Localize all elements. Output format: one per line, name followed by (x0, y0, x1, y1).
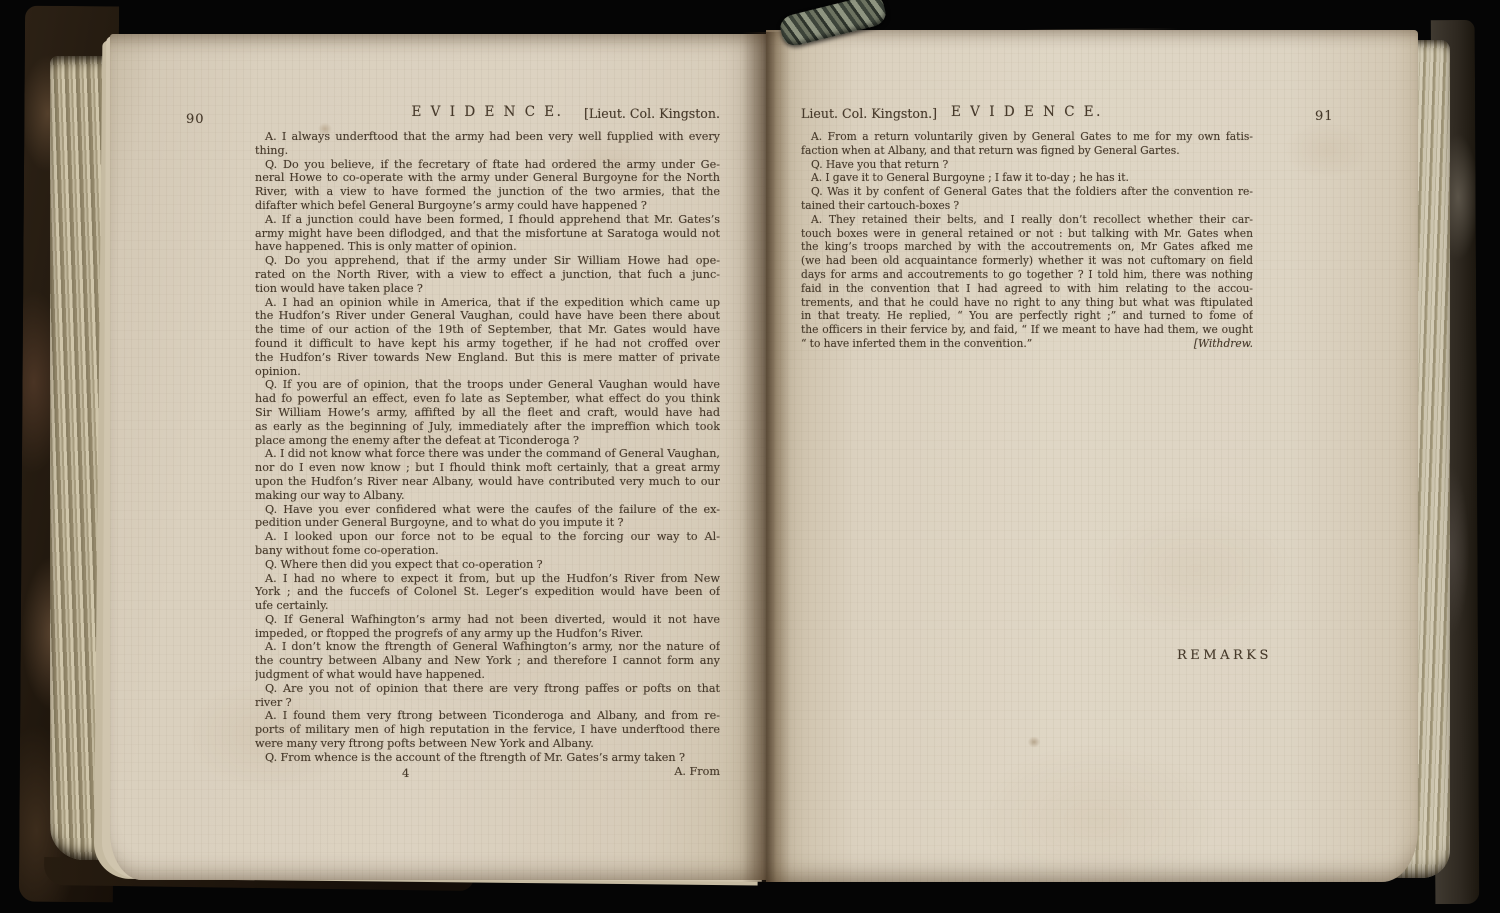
text-line: have happened. This is only matter of op… (255, 240, 720, 254)
header-sidenote-left: [Lieut. Col. Kingston. (255, 106, 720, 121)
text-line: Sir William Howe’s army, affifted by all… (255, 406, 720, 420)
text-line: days for arms and accoutrements to go to… (801, 268, 1253, 282)
remarks-heading: REMARKS (1177, 648, 1272, 663)
text-line: judgment of what would have happened. (255, 668, 720, 682)
text-line: difafter which befel General Burgoyne’s … (255, 199, 720, 213)
text-line: A. I gave it to General Burgoyne ; I faw… (801, 171, 1253, 185)
text-line: the officers in their fervice by, and fa… (801, 323, 1253, 337)
text-line: (we had been old acquaintance formerly) … (801, 254, 1253, 268)
text-line: Q. Was it by confent of General Gates th… (801, 185, 1253, 199)
text-line: Q. From whence is the account of the ftr… (255, 751, 720, 765)
text-line: Q. Are you not of opinion that there are… (255, 682, 720, 696)
running-title-right: E V I D E N C E. (801, 104, 1253, 120)
text-line: impeded, or ftopped the progrefs of any … (255, 627, 720, 641)
text-line: rated on the North River, with a view to… (255, 268, 720, 282)
text-line: A. I found them very ftrong between Tico… (255, 709, 720, 723)
text-line: had fo powerful an effect, even fo late … (255, 392, 720, 406)
text-line: faid in the convention that I had agreed… (801, 282, 1253, 296)
text-line: Q. Have you ever confidered what were th… (255, 503, 720, 517)
text-line: Q. Do you believe, if the fecretary of f… (255, 158, 720, 172)
text-line: touch boxes were in general retained or … (801, 227, 1253, 241)
text-line: A. I had no where to expect it from, but… (255, 572, 720, 586)
text-line: pedition under General Burgoyne, and to … (255, 516, 720, 530)
text-line: in that treaty. He replied, “ You are pe… (801, 309, 1253, 323)
text-line: A. I did not know what force there was u… (255, 447, 720, 461)
withdrew-note: [Withdrew. (1194, 337, 1253, 351)
text-line: Q. If you are of opinion, that the troop… (255, 378, 720, 392)
text-line: found it difficult to have kept his army… (255, 337, 720, 351)
text-line: tion would have taken place ? (255, 282, 720, 296)
text-block-right: A. From a return voluntarily given by Ge… (801, 130, 1253, 351)
text-line: trements, and that he could have no righ… (801, 296, 1253, 310)
catchword: A. From (255, 765, 720, 778)
book-photograph: 90 E V I D E N C E. [Lieut. Col. Kingsto… (0, 0, 1500, 913)
text-line: river ? (255, 696, 720, 710)
text-line: the time of our action of the 19th of Se… (255, 323, 720, 337)
page-number-right: 91 (1315, 109, 1334, 124)
text-line: army might have been diflodged, and that… (255, 227, 720, 241)
text-line: bany without fome co-operation. (255, 544, 720, 558)
text-line: nor do I even now know ; but I fhould th… (255, 461, 720, 475)
page-number-left: 90 (186, 112, 205, 127)
signature-mark: 4 (402, 766, 409, 780)
text-line: ufe certainly. (255, 599, 720, 613)
text-line: Q. Have you that return ?158. (801, 158, 1253, 172)
text-line: A. They retained their belts, and I real… (801, 213, 1253, 227)
text-line: A. From a return voluntarily given by Ge… (801, 130, 1253, 144)
text-line: making our way to Albany. (255, 489, 720, 503)
text-line: were many very ftrong pofts between New … (255, 737, 720, 751)
text-line: York ; and the fuccefs of Colonel St. Le… (255, 585, 720, 599)
text-line: neral Howe to co-operate with the army u… (255, 171, 720, 185)
text-line: A. If a junction could have been formed,… (255, 213, 720, 227)
text-line: “ to have inferted them in the conventio… (801, 337, 1253, 351)
text-line: the king’s troops marched by with the ac… (801, 240, 1253, 254)
text-block-left: A. I always underftood that the army had… (255, 130, 720, 765)
text-line: faction when at Albany, and that return … (801, 144, 1253, 158)
text-line: A. I had an opinion while in America, th… (255, 296, 720, 310)
text-line: the Hudfon’s River towards New England. … (255, 351, 720, 365)
text-line: tained their cartouch-boxes ? (801, 199, 1253, 213)
text-line: A. I don’t know the ftrength of General … (255, 640, 720, 654)
text-line: upon the Hudfon’s River near Albany, wou… (255, 475, 720, 489)
text-line: Q. Do you apprehend, that if the army un… (255, 254, 720, 268)
text-line: the country between Albany and New York … (255, 654, 720, 668)
text-line: opinion. (255, 365, 720, 379)
text-line: the Hudfon’s River under General Vaughan… (255, 309, 720, 323)
text-line: River, with a view to have formed the ju… (255, 185, 720, 199)
text-line: A. I looked upon our force not to be equ… (255, 530, 720, 544)
text-line: Q. If General Wafhington’s army had not … (255, 613, 720, 627)
text-line: thing. (255, 144, 720, 158)
text-line-left: “ to have inferted them in the conventio… (801, 337, 1032, 351)
text-line: A. I always underftood that the army had… (255, 130, 720, 144)
text-line: Q. Where then did you expect that co-ope… (255, 558, 720, 572)
text-line: as early as the beginning of July, immed… (255, 420, 720, 434)
text-line: place among the enemy after the defeat a… (255, 434, 720, 448)
text-line: ports of military men of high reputation… (255, 723, 720, 737)
